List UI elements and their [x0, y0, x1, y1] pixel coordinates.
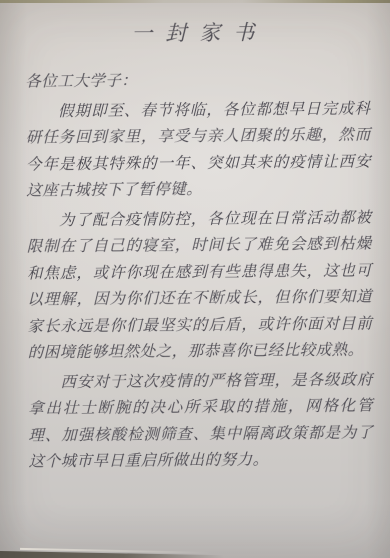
photo-top-edge — [0, 0, 390, 3]
handwritten-letter: 一封家书 各位工大学子： 假期即至、春节将临，各位都想早日完成科研任务回到家里，… — [0, 0, 390, 558]
letter-paragraph-3: 西安对于这次疫情的严格管理，是各级政府拿出壮士断腕的决心所采取的措施，网格化管理… — [28, 367, 374, 476]
letter-body: 各位工大学子： 假期即至、春节将临，各位都想早日完成科研任务回到家里，享受与亲人… — [0, 66, 390, 476]
letter-paragraph-2: 为了配合疫情防控，各位现在日常活动都被限制在了自己的寝室，时间长了难免会感到枯燥… — [26, 205, 372, 367]
letter-photo: 一封家书 各位工大学子： 假期即至、春节将临，各位都想早日完成科研任务回到家里，… — [0, 0, 390, 558]
letter-salutation: 各位工大学子： — [25, 66, 370, 96]
letter-title: 一封家书 — [0, 15, 388, 48]
letter-paragraph-1: 假期即至、春节将临，各位都想早日完成科研任务回到家里，享受与亲人团聚的乐趣，然而… — [25, 96, 371, 205]
